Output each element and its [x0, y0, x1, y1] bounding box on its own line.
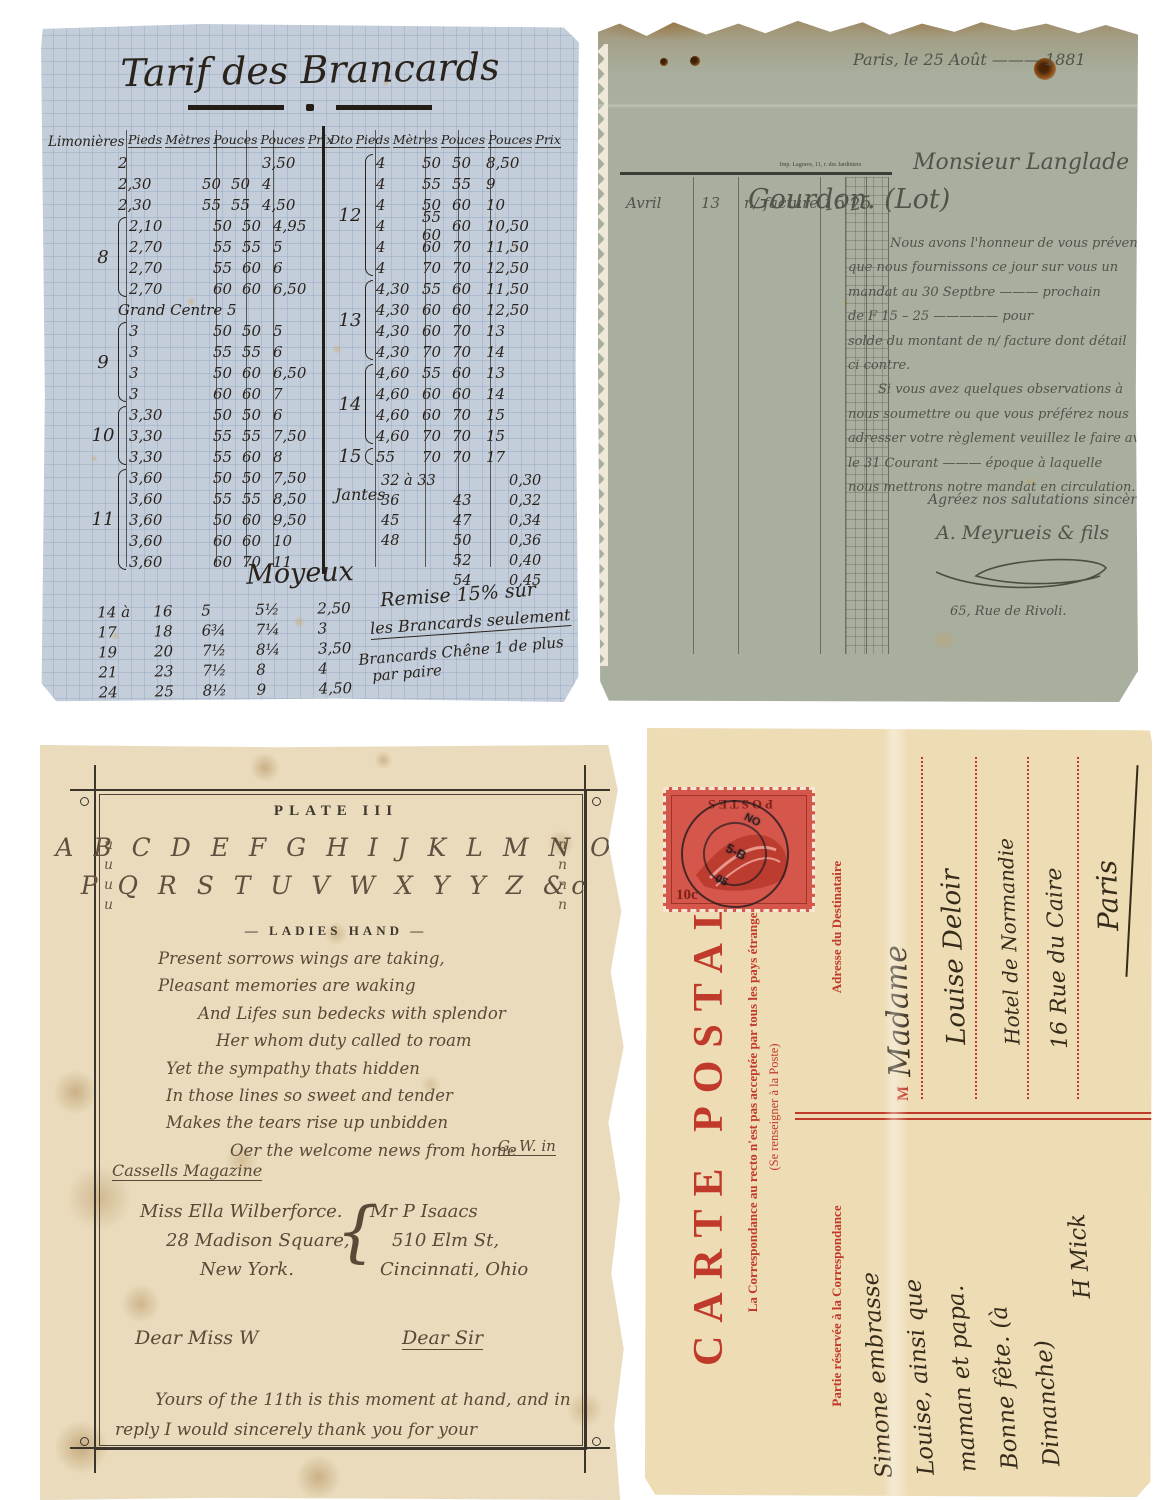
moyeux-cell: 2,50	[307, 599, 383, 618]
table-cell: 55	[422, 175, 452, 193]
table-row: 2,3055554,50	[118, 194, 314, 215]
letter-line: nous soumettre ou que vous préférez nous	[848, 403, 1110, 427]
table-cell: 55	[202, 196, 231, 214]
ledger-rule	[738, 177, 739, 654]
table-cell: 2,70	[129, 280, 213, 298]
table-cell: 70	[452, 322, 482, 340]
table-cell: 4	[376, 196, 422, 214]
ledger-top-rule	[620, 172, 892, 175]
moyeux-cell: 20	[154, 642, 202, 661]
jantes-size: 52	[453, 553, 493, 569]
table-row: 2,3050504	[118, 173, 314, 194]
printed-m-prefix: M	[895, 1086, 913, 1101]
table-cell: 3,60	[129, 532, 213, 550]
tarif-group: 11 3,6050507,50	[88, 467, 325, 572]
table-cell: 4,30	[376, 301, 422, 319]
group-rows: 4,30556011,50 4,30606012,50 4,30607013	[376, 278, 544, 362]
table-cell: 2,30	[118, 196, 202, 214]
group-note: Grand Centre 5	[118, 299, 237, 320]
table-cell: 2,70	[129, 259, 213, 277]
table-cell: 5	[269, 238, 325, 256]
table-cell: 4,60	[376, 427, 422, 445]
table-cell: 50	[422, 154, 452, 172]
verse-line: Makes the tears rise up unbidden	[166, 1109, 517, 1136]
moyeux-row: 24258½94,50	[99, 677, 385, 702]
table-cell: 4	[376, 259, 422, 277]
table-cell: 5	[269, 322, 325, 340]
rust-spot	[660, 58, 668, 66]
tarif-group: 10 3,3050506	[88, 404, 325, 467]
table-cell: 4	[376, 217, 422, 235]
jantes-size: 47	[453, 513, 493, 529]
address-line: Miss Ella Wilberforce.	[140, 1197, 350, 1226]
moyeux-cell: 7½	[202, 661, 256, 680]
table-row: 4,30707014	[376, 341, 544, 362]
letter-line: Si vous avez quelques observations à	[848, 378, 1110, 402]
row-label-limonieres: Limonières	[48, 134, 125, 150]
table-cell: 55	[452, 175, 482, 193]
table-cell: 3	[129, 343, 213, 361]
table-cell: 55	[422, 280, 452, 298]
jantes-row: 36 43 0,32	[381, 491, 567, 511]
letter-body: Nous avons l'honneur de vous prévenirque…	[848, 232, 1110, 500]
table-cell: 8	[269, 448, 325, 466]
table-cell: 6	[269, 259, 325, 277]
rows: 4,60556013 4,60606014 4,60607015	[376, 362, 544, 446]
address-dotted-line	[1027, 757, 1029, 1099]
table-cell: 70	[452, 406, 482, 424]
group-brace	[118, 469, 126, 570]
table-cell: 55	[213, 427, 242, 445]
tarif-header-right: DtoPiedsMètresPoucesPoucesPrix	[330, 132, 564, 148]
table-cell: 70	[452, 238, 482, 256]
group-rows: 3,6050507,50 3,6055558,50 3,6050609,50	[129, 467, 325, 572]
moyeux-cell: 14 à	[97, 603, 153, 622]
table-cell: 15	[482, 406, 544, 424]
jantes-size: 48	[381, 533, 453, 549]
table-row: 350505	[129, 320, 325, 341]
table-cell: 13	[482, 364, 544, 382]
column-header: Pouces	[488, 132, 532, 148]
moyeux-cell: 6¾	[201, 621, 255, 640]
table-cell: 50	[213, 217, 242, 235]
table-row: 3,6055558,50	[129, 488, 325, 509]
address-dotted-line	[975, 757, 977, 1099]
dateline: Paris, le 25 Août ——— 1881	[853, 50, 1123, 69]
table-cell: 55	[242, 490, 269, 508]
jantes-size: 43	[453, 493, 493, 509]
rust-spot	[690, 56, 700, 66]
table-cell: 60	[422, 406, 452, 424]
letter-body: Yours of the 11th is this moment at hand…	[115, 1385, 571, 1445]
tarif-left-table: 23,50 2,3050504 2,3055554,50	[88, 152, 325, 572]
moyeux-cell: 24	[99, 683, 155, 702]
message-block: Simone embrasseLouise, ainsi quemaman et…	[847, 1212, 1116, 1479]
recipient-name: Monsieur Langlade	[913, 150, 1129, 175]
group-rows: 2,1050504,95 2,7055555 2,7055606	[129, 215, 325, 299]
jantes-row: 48 50 0,36	[381, 531, 567, 551]
verse-attribution: G. W. in	[498, 1137, 556, 1156]
moyeux-cell: 17	[98, 623, 154, 642]
table-row: 2,7055606	[129, 257, 325, 278]
tarif-title: Tarif des Brancards	[40, 43, 581, 96]
tarif-group: 14 4,60556013	[335, 362, 567, 446]
table-row: 4,30607013	[376, 320, 544, 341]
table-cell: 2,30	[118, 175, 202, 193]
address-handwriting: 16 Rue du Caire	[1042, 867, 1073, 1049]
table-cell: 17	[482, 448, 544, 466]
signature: A. Meyrueis & fils	[936, 522, 1109, 544]
table-cell: 7	[269, 385, 325, 403]
corner-curl	[592, 1437, 601, 1446]
table-cell: 50	[452, 154, 482, 172]
table-cell: 3,30	[129, 448, 213, 466]
group-pieds-number: 12	[335, 152, 365, 278]
letter-line: ci contre.	[848, 354, 1110, 378]
salutation-left: Dear Miss W	[135, 1327, 259, 1349]
rows: 3,3050506 3,3055557,50 3,3055608	[129, 404, 325, 467]
address-right: Mr P Isaacs510 Elm St,Cincinnati, Ohio	[370, 1197, 528, 1284]
table-cell: 3	[129, 385, 213, 403]
table-cell: 3,60	[129, 469, 213, 487]
table-cell: 9,50	[269, 511, 325, 529]
table-cell: 60	[452, 301, 482, 319]
group-pieds-number: 11	[88, 467, 118, 572]
body-line: Yours of the 11th is this moment at hand…	[155, 1385, 571, 1415]
moyeux-table: 14 à1655½2,50 17186¾7¼3 19207½8¼3,50 212…	[97, 598, 385, 703]
jantes-size: 45	[381, 513, 453, 529]
tarif-group: Grand Centre 5	[88, 299, 325, 320]
table-cell: 60	[242, 532, 269, 550]
address-handwriting: Louise Deloir	[936, 869, 972, 1046]
group-pieds-number	[88, 152, 118, 215]
rows: 3,6050507,50 3,6055558,50 3,6050609,50	[129, 467, 325, 572]
table-cell: 55	[213, 259, 242, 277]
table-cell: 60	[242, 259, 269, 277]
column-header: Pieds	[128, 132, 162, 148]
group-pieds-number: 15	[335, 446, 365, 467]
table-row: 4707012,50	[376, 257, 544, 278]
group-pieds-number: 14	[335, 362, 365, 446]
table-cell: 4,60	[376, 385, 422, 403]
address-line: New York.	[200, 1255, 350, 1284]
postmark-text: 05	[672, 852, 770, 910]
group-brace	[365, 280, 373, 360]
table-cell: 60	[422, 385, 452, 403]
table-cell: 7,50	[269, 469, 325, 487]
table-cell: 55	[231, 196, 258, 214]
table-cell: 4	[258, 175, 314, 193]
group-brace	[365, 364, 373, 444]
moyeux-cell: 16	[153, 602, 201, 621]
body-line: reply I would sincerely thank you for yo…	[115, 1415, 571, 1445]
table-cell: 4,60	[376, 406, 422, 424]
moyeux-cell: 18	[154, 622, 202, 641]
jantes-row: 32 à 33 0,30	[381, 471, 567, 491]
postcard-document: CARTE POSTALE La Correspondance au recto…	[645, 728, 1152, 1497]
table-cell: 60	[213, 385, 242, 403]
table-cell: 55	[376, 448, 422, 466]
moyeux-cell: 9	[257, 680, 309, 699]
group-brace	[118, 322, 126, 402]
letter-line: solde du montant de n/ facture dont déta…	[848, 330, 1110, 354]
moyeux-cell: 5½	[255, 600, 307, 619]
table-cell: 50	[242, 217, 269, 235]
table-row: 4,60606014	[376, 383, 544, 404]
table-cell: 70	[422, 259, 452, 277]
verse-line: Her whom duty called to roam	[216, 1027, 517, 1054]
letter-line: adresser votre règlement veuillez le fai…	[848, 427, 1110, 451]
moyeux-cell: 8	[256, 660, 308, 679]
table-row: 3,6050507,50	[129, 467, 325, 488]
table-cell: 55	[242, 427, 269, 445]
table-cell: 12,50	[482, 259, 544, 277]
table-cell: 13	[482, 322, 544, 340]
table-cell: 8,50	[269, 490, 325, 508]
table-cell: 55	[242, 343, 269, 361]
table-cell: 9	[482, 175, 544, 193]
group-rows: 23,50 2,3050504 2,3055554,50	[118, 152, 314, 215]
frame-extension	[70, 789, 610, 791]
moyeux-cell: 23	[154, 662, 202, 681]
table-cell: 3,30	[129, 427, 213, 445]
penmanship-plate-document: PLATE III uuuu nnnn A B C D E F G H I J …	[40, 745, 632, 1500]
address-left: Miss Ella Wilberforce.28 Madison Square,…	[140, 1197, 350, 1284]
moyeux-cell: 7¼	[255, 620, 307, 639]
group-brace	[365, 448, 373, 465]
table-cell: 60	[452, 364, 482, 382]
table-cell: 2	[118, 154, 202, 172]
jantes-size: 36	[381, 493, 453, 509]
group-pieds-number	[88, 299, 118, 320]
rows: 350505 355556 350606,50	[129, 320, 325, 404]
table-cell: 60	[242, 448, 269, 466]
table-cell: 60	[452, 217, 482, 235]
ledger-rule	[693, 177, 694, 654]
table-cell: 4	[376, 175, 422, 193]
table-cell: 50	[213, 469, 242, 487]
table-cell: 70	[422, 448, 452, 466]
table-cell: 55	[213, 490, 242, 508]
table-cell: 4,30	[376, 322, 422, 340]
correspondence-label: Partie réservée à la Correspondance	[829, 1151, 845, 1461]
table-row: 4,60607015	[376, 404, 544, 425]
table-cell: 70	[452, 259, 482, 277]
group-pieds-number: 9	[88, 320, 118, 404]
table-cell: 11,50	[482, 238, 544, 256]
table-row: 360607	[129, 383, 325, 404]
column-header: Pouces	[441, 132, 485, 148]
recipient-place: Gourdon. (Lot)	[748, 184, 950, 215]
jantes-price: 0,40	[509, 553, 567, 569]
table-cell: 55	[242, 238, 269, 256]
table-cell: 6,50	[269, 280, 325, 298]
group-brace	[118, 217, 126, 297]
column-header: Dto	[330, 132, 353, 148]
table-row: 4,60556013	[376, 362, 544, 383]
section-heading: LADIES HAND	[40, 923, 632, 939]
address-dotted-line	[921, 757, 923, 1099]
table-cell: 60	[213, 280, 242, 298]
column-header: Mètres	[393, 132, 438, 148]
table-cell: 60	[242, 280, 269, 298]
group-rows: 55707017	[376, 446, 544, 467]
table-cell: 70	[452, 427, 482, 445]
table-cell: 50	[242, 406, 269, 424]
closing-line: Agréez nos salutations sincères	[928, 492, 1152, 508]
tarif-group: 8 2,1050504,95	[88, 215, 325, 299]
table-cell: 60	[242, 385, 269, 403]
group-rows: 3,3050506 3,3055557,50 3,3055608	[129, 404, 325, 467]
table-cell: 60	[242, 511, 269, 529]
column-header: Prix	[535, 132, 560, 148]
table-cell: 50	[213, 406, 242, 424]
table-cell: 10	[482, 196, 544, 214]
group-rows: 4,60556013 4,60606014 4,60607015	[376, 362, 544, 446]
verse-line: Oer the welcome news from home	[230, 1137, 517, 1164]
tarif-right-table: 12 450508,50	[335, 152, 567, 591]
corner-curl	[80, 1437, 89, 1446]
table-row: 3,3055608	[129, 446, 325, 467]
rows: 23,50 2,3050504 2,3055554,50	[118, 152, 314, 215]
table-cell: 70	[452, 448, 482, 466]
group-rows: 450508,50 455559 4506010	[376, 152, 544, 278]
table-cell: 70	[422, 343, 452, 361]
table-row: 3,60606010	[129, 530, 325, 551]
rows: 55707017	[376, 446, 544, 467]
group-rows: 350505 355556 350606,50	[129, 320, 325, 404]
table-cell: 15	[482, 427, 544, 445]
letter-line: Nous avons l'honneur de vous prévenir	[848, 232, 1110, 256]
group-brace	[118, 406, 126, 465]
salutation-right: Dear Sir	[402, 1327, 483, 1350]
table-cell: 4,95	[269, 217, 325, 235]
table-row: 455559	[376, 173, 544, 194]
verse-block: Present sorrows wings are taking,Pleasan…	[158, 945, 517, 1164]
table-row: 2,7060606,50	[129, 278, 325, 299]
table-row: 4607011,50	[376, 236, 544, 257]
column-header: Mètres	[165, 132, 210, 148]
table-cell: 70	[422, 427, 452, 445]
table-cell: 14	[482, 385, 544, 403]
table-cell: 60	[213, 532, 242, 550]
table-cell: 50	[202, 175, 231, 193]
verse-line: Pleasant memories are waking	[158, 972, 517, 999]
tarif-group: 13 4,30556011,50	[335, 278, 567, 362]
alphabet-capitals-2: P Q R S T U V W X Y Y Z &c	[40, 871, 632, 900]
verse-line: Yet the sympathy thats hidden	[166, 1055, 517, 1082]
verse-line: In those lines so sweet and tender	[166, 1082, 517, 1109]
plate-heading: PLATE III	[40, 803, 632, 820]
tarif-group: 12 450508,50	[335, 152, 567, 278]
table-cell: 60	[452, 280, 482, 298]
verse-line: And Lifes sun bedecks with splendor	[198, 1000, 517, 1027]
ledger-rule	[820, 177, 821, 654]
table-row: 350606,50	[129, 362, 325, 383]
table-cell: 50	[213, 322, 242, 340]
table-cell: 11,50	[482, 280, 544, 298]
rows: 450508,50 455559 4506010	[376, 152, 544, 278]
letter-document: Paris, le 25 Août ——— 1881 Imp. Lagrave,…	[598, 14, 1138, 702]
address-handwriting: Paris	[1090, 859, 1125, 931]
address-dotted-line	[1077, 757, 1079, 1099]
table-row: 2,1050504,95	[129, 215, 325, 236]
table-row: 2,7055555	[129, 236, 325, 257]
table-row: 455 606010,50	[376, 215, 544, 236]
signature-flourish	[928, 550, 1118, 601]
table-row: 355556	[129, 341, 325, 362]
address-handwriting: Hotel de Normandie	[993, 838, 1024, 1046]
tarif-header-left: PiedsMètresPoucesPoucesPrix	[128, 132, 336, 148]
group-pieds-number: 13	[335, 278, 365, 362]
jantes-price: 0,32	[509, 493, 567, 509]
table-row: 4,60707015	[376, 425, 544, 446]
tarif-document: Tarif des Brancards Limonières PiedsMètr…	[40, 22, 580, 704]
table-cell: 3,60	[129, 511, 213, 529]
frame-extension	[70, 1447, 610, 1449]
table-cell: 55	[213, 238, 242, 256]
letter-line: de F 15 – 25 ————— pour	[848, 305, 1110, 329]
address-line: Cincinnati, Ohio	[380, 1255, 528, 1284]
letter-line: le 31 Courant ——— époque à laquelle	[848, 452, 1110, 476]
table-cell: 4,30	[376, 343, 422, 361]
address-underline-flourish	[1125, 765, 1138, 977]
table-cell: 55	[422, 364, 452, 382]
moyeux-cell: 5	[201, 601, 255, 620]
table-row: 3,3055557,50	[129, 425, 325, 446]
table-cell: 50	[213, 364, 242, 382]
table-cell: 3,30	[129, 406, 213, 424]
table-cell: 10,50	[482, 217, 544, 235]
table-cell: 3,50	[258, 154, 314, 172]
moyeux-cell: 8¼	[256, 640, 308, 659]
printer-imprint: Imp. Lagrave, 11, r. des Jardiniers	[748, 162, 893, 168]
scanned-documents-collage: Tarif des Brancards Limonières PiedsMètr…	[0, 0, 1159, 1500]
moyeux-cell: 7½	[202, 641, 256, 660]
table-cell: 55	[213, 448, 242, 466]
sender-address: 65, Rue de Rivoli.	[950, 604, 1067, 619]
table-row: 3,3050506	[129, 404, 325, 425]
address-line: 28 Madison Square,	[166, 1226, 350, 1255]
moyeux-cell: 19	[98, 643, 154, 662]
tarif-group: 9 350505	[88, 320, 325, 404]
table-cell: 55	[213, 343, 242, 361]
deckle-edge	[597, 44, 608, 666]
address-handwriting: Madame	[879, 945, 919, 1078]
moyeux-cell: 21	[98, 663, 154, 682]
jantes-size: 50	[453, 533, 493, 549]
table-cell: 6,50	[269, 364, 325, 382]
table-cell: 50	[231, 175, 258, 193]
moyeux-cell: 25	[155, 682, 203, 701]
group-pieds-number: 8	[88, 215, 118, 299]
column-header: Pieds	[356, 132, 390, 148]
letter-line: mandat au 30 Septbre ——— prochain	[848, 281, 1110, 305]
table-cell: 60	[422, 238, 452, 256]
table-cell: 60	[452, 196, 482, 214]
table-row: 4,30606012,50	[376, 299, 544, 320]
table-cell: 50	[213, 511, 242, 529]
table-cell: 6	[269, 406, 325, 424]
postmark-icon: NO 5-B 05	[681, 804, 785, 908]
address-label: Adresse du Destinataire	[829, 757, 845, 1097]
jantes-price: 0,34	[509, 513, 567, 529]
table-cell: 60	[242, 364, 269, 382]
table-cell: 4	[376, 238, 422, 256]
table-cell: 60	[422, 322, 452, 340]
table-cell: 4,30	[376, 280, 422, 298]
jantes-price: 0,36	[509, 533, 567, 549]
